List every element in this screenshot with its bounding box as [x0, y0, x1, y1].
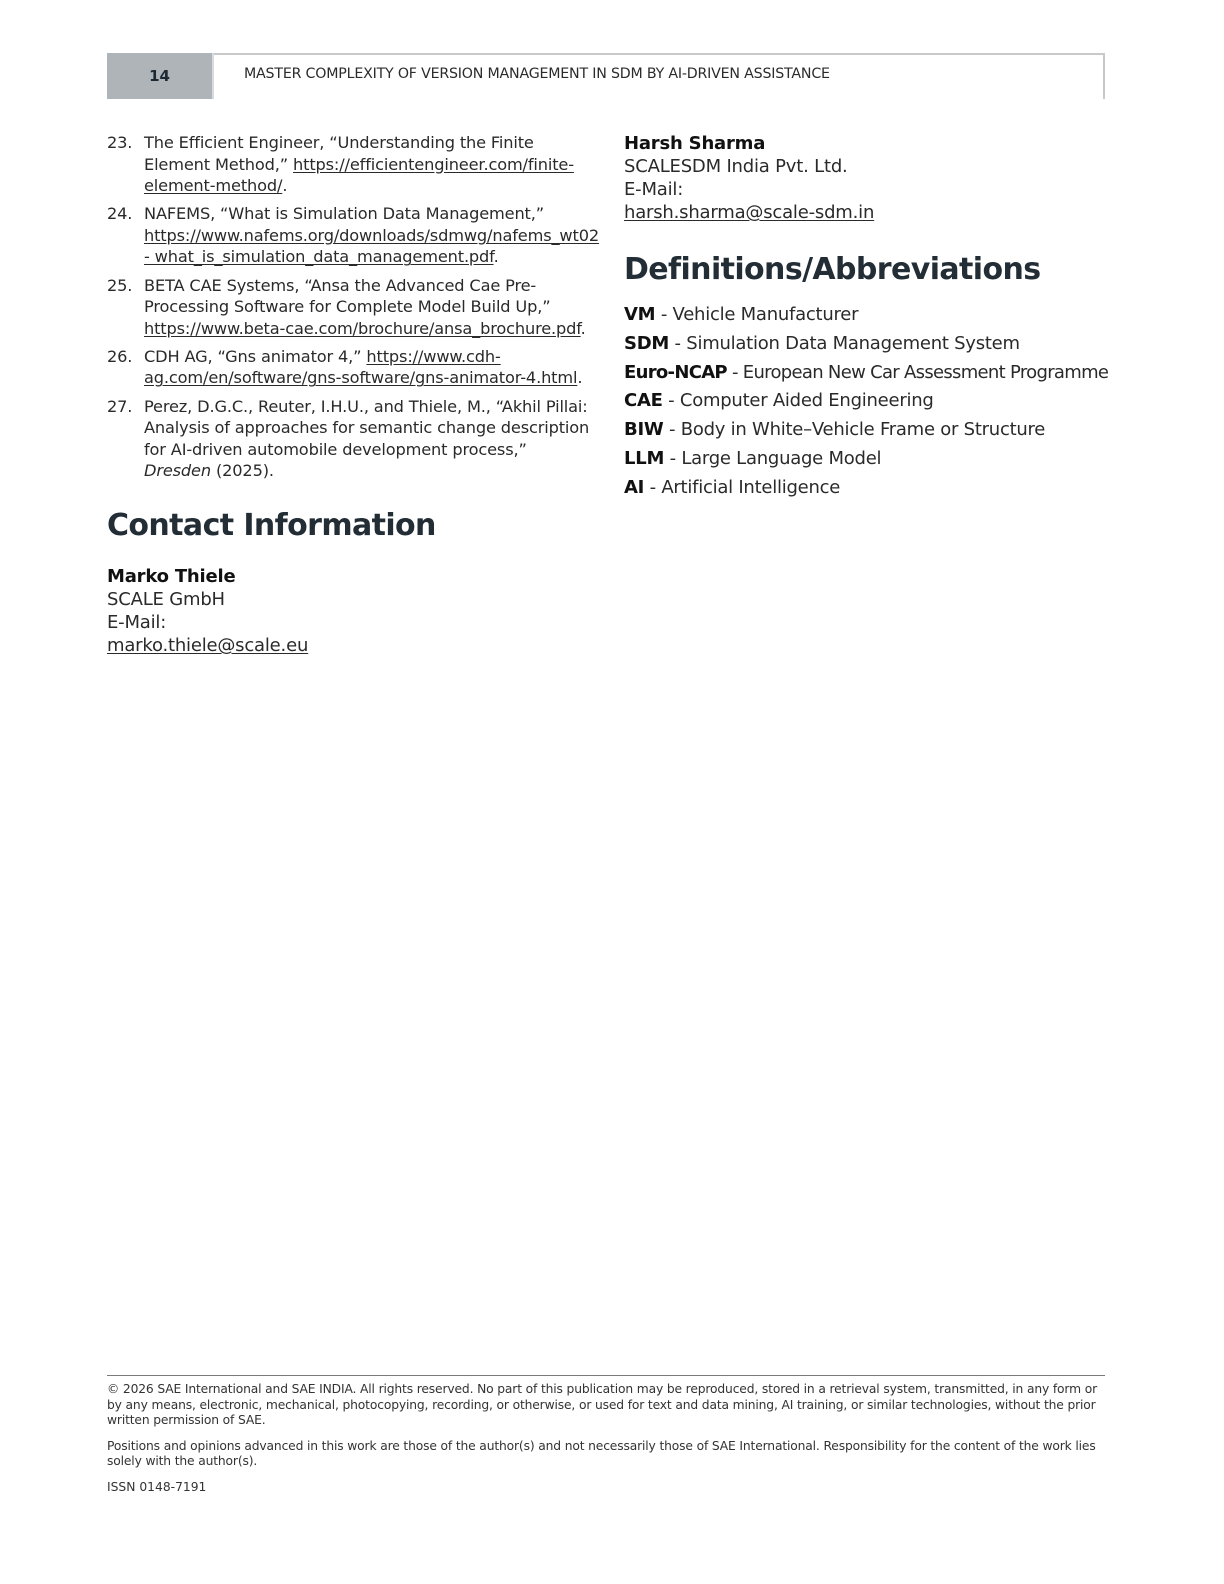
reference-text: NAFEMS, “What is Simulation Data Managem…	[144, 204, 544, 223]
running-title: MASTER COMPLEXITY OF VERSION MANAGEMENT …	[244, 66, 830, 82]
reference-number: 27.	[107, 396, 132, 418]
reference-tail: .	[494, 247, 499, 266]
separator: -	[644, 477, 661, 498]
reference-item: 23. The Efficient Engineer, “Understandi…	[107, 132, 592, 197]
reference-tail: .	[581, 319, 586, 338]
disclaimer: Positions and opinions advanced in this …	[107, 1439, 1105, 1470]
email-link[interactable]: marko.thiele@scale.eu	[107, 634, 308, 657]
reference-number: 24.	[107, 203, 132, 225]
contact-name: Marko Thiele	[107, 565, 592, 588]
page-number: 14	[107, 53, 214, 99]
email-link[interactable]: harsh.sharma@scale-sdm.in	[624, 201, 874, 224]
contact-name: Harsh Sharma	[624, 132, 1114, 155]
reference-item: 24. NAFEMS, “What is Simulation Data Man…	[107, 203, 592, 268]
email-label: E-Mail:	[624, 178, 1114, 201]
running-header: 14 MASTER COMPLEXITY OF VERSION MANAGEME…	[107, 53, 1105, 99]
abbreviation: CAE	[624, 390, 663, 411]
definition-item: LLM - Large Language Model	[624, 445, 1114, 474]
issn: ISSN 0148-7191	[107, 1480, 1105, 1494]
abbreviation: VM	[624, 304, 655, 325]
reference-link[interactable]: https://www.beta-cae.com/brochure/ansa_b…	[144, 319, 581, 338]
meaning: Large Language Model	[681, 448, 881, 469]
right-column: Harsh Sharma SCALESDM India Pvt. Ltd. E-…	[624, 132, 1114, 503]
reference-item: 25. BETA CAE Systems, “Ansa the Advanced…	[107, 275, 592, 340]
abbreviation: LLM	[624, 448, 664, 469]
contact-card: Harsh Sharma SCALESDM India Pvt. Ltd. E-…	[624, 132, 1114, 224]
definition-item: Euro-NCAP - European New Car Assessment …	[624, 359, 1114, 388]
abbreviation: Euro-NCAP	[624, 362, 727, 383]
definition-item: SDM - Simulation Data Management System	[624, 330, 1114, 359]
reference-item: 27. Perez, D.G.C., Reuter, I.H.U., and T…	[107, 396, 592, 482]
contact-organization: SCALESDM India Pvt. Ltd.	[624, 155, 1114, 178]
meaning: Artificial Intelligence	[661, 477, 840, 498]
page-footer: © 2026 SAE International and SAE INDIA. …	[107, 1375, 1105, 1494]
reference-text: Perez, D.G.C., Reuter, I.H.U., and Thiel…	[144, 397, 589, 459]
meaning: Vehicle Manufacturer	[673, 304, 859, 325]
reference-number: 26.	[107, 346, 132, 368]
meaning: Body in White–Vehicle Frame or Structure	[681, 419, 1045, 440]
abbreviation: SDM	[624, 333, 669, 354]
definitions-heading: Definitions/Abbreviations	[624, 252, 1114, 287]
abbreviation: AI	[624, 477, 644, 498]
definition-item: CAE - Computer Aided Engineering	[624, 387, 1114, 416]
meaning: European New Car Assessment Programme	[743, 362, 1109, 383]
meaning: Computer Aided Engineering	[680, 390, 934, 411]
reference-venue: Dresden	[144, 461, 211, 480]
separator: -	[663, 390, 680, 411]
footer-divider	[107, 1375, 1105, 1376]
contact-organization: SCALE GmbH	[107, 588, 592, 611]
definition-item: BIW - Body in White–Vehicle Frame or Str…	[624, 416, 1114, 445]
reference-list: 23. The Efficient Engineer, “Understandi…	[107, 132, 592, 482]
abbreviation: BIW	[624, 419, 664, 440]
copyright-notice: © 2026 SAE International and SAE INDIA. …	[107, 1382, 1105, 1429]
contact-heading: Contact Information	[107, 508, 592, 543]
definitions-list: VM - Vehicle Manufacturer SDM - Simulati…	[624, 301, 1114, 503]
separator: -	[669, 333, 686, 354]
left-column: 23. The Efficient Engineer, “Understandi…	[107, 132, 592, 657]
separator: -	[664, 448, 681, 469]
reference-text: BETA CAE Systems, “Ansa the Advanced Cae…	[144, 276, 550, 317]
reference-tail: .	[577, 368, 582, 387]
contact-card: Marko Thiele SCALE GmbH E-Mail: marko.th…	[107, 565, 592, 657]
reference-text: CDH AG, “Gns animator 4,”	[144, 347, 366, 366]
reference-item: 26. CDH AG, “Gns animator 4,” https://ww…	[107, 346, 592, 389]
reference-link[interactable]: https://www.nafems.org/downloads/sdmwg/n…	[144, 226, 599, 267]
definition-item: VM - Vehicle Manufacturer	[624, 301, 1114, 330]
reference-tail: .	[282, 176, 287, 195]
separator: -	[727, 362, 743, 383]
definition-item: AI - Artificial Intelligence	[624, 474, 1114, 503]
reference-tail: (2025).	[211, 461, 274, 480]
meaning: Simulation Data Management System	[686, 333, 1019, 354]
separator: -	[655, 304, 672, 325]
separator: -	[664, 419, 681, 440]
reference-number: 23.	[107, 132, 132, 154]
reference-number: 25.	[107, 275, 132, 297]
email-label: E-Mail:	[107, 611, 592, 634]
